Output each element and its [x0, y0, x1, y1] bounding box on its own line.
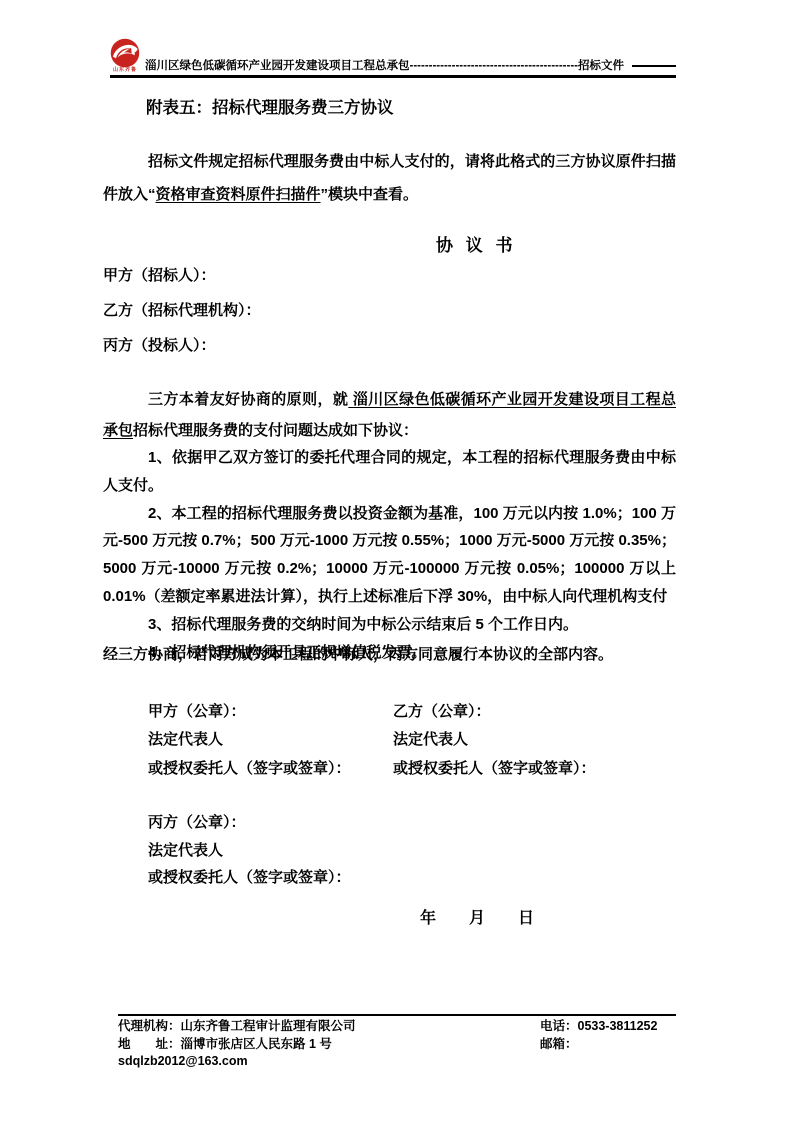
preamble-text-before: 三方本着友好协商的原则，就 — [148, 391, 348, 408]
document-page: 山东齐鲁 淄川区绿色低碳循环产业园开发建设项目工程总承包------------… — [0, 0, 793, 1121]
date-month-label: 月 — [469, 905, 485, 928]
intro-paragraph: 招标文件规定招标代理服务费由中标人支付的，请将此格式的三方协议原件扫描件放入“资… — [103, 146, 676, 211]
footer-mailbox-line: 邮箱： — [540, 1036, 657, 1054]
party-c-seal-line: 丙方（公章）： — [148, 809, 351, 837]
party-a-seal-line: 甲方（公章）： — [148, 698, 393, 726]
party-b-legal-rep-line: 法定代表人 — [393, 726, 596, 754]
header-project-name: 淄川区绿色低碳循环产业园开发建设项目工程总承包 — [145, 59, 410, 73]
clause-1: 1、依据甲乙双方签订的委托代理合同的规定，本工程的招标代理服务费由中标人支付。 — [103, 444, 676, 500]
footer-phone-line: 电话：0533-3811252 — [540, 1018, 657, 1036]
party-a-line: 甲方（招标人）： — [103, 258, 261, 293]
date-line: 年 月 日 — [420, 905, 534, 928]
signature-block-party-c: 丙方（公章）： 法定代表人 或授权委托人（签字或签章）： — [148, 809, 351, 892]
clause-2: 2、本工程的招标代理服务费以投资金额为基准，100 万元以内按 1.0%；100… — [103, 500, 676, 611]
logo-icon — [110, 38, 140, 68]
footer-right-column: 电话：0533-3811252 邮箱： — [540, 1018, 657, 1053]
party-a-legal-rep-line: 法定代表人 — [148, 726, 393, 754]
clauses-section: 1、依据甲乙双方签订的委托代理合同的规定，本工程的招标代理服务费由中标人支付。 … — [103, 444, 676, 666]
intro-text-after: ”模块中查看。 — [321, 186, 419, 203]
signature-block-party-b: 乙方（公章）： 法定代表人 或授权委托人（签字或签章）： — [393, 698, 596, 783]
parties-list: 甲方（招标人）： 乙方（招标代理机构）： 丙方（投标人）： — [103, 258, 261, 363]
date-day-label: 日 — [518, 905, 534, 928]
party-c-legal-rep-line: 法定代表人 — [148, 837, 351, 865]
intro-underlined-module: 资格审查资料原件扫描件 — [156, 186, 321, 203]
party-c-proxy-line: 或授权委托人（签字或签章）： — [148, 864, 351, 892]
party-b-line: 乙方（招标代理机构）： — [103, 293, 261, 328]
header-doc-type: 招标文件 — [578, 59, 624, 73]
footer-email-line: sdqlzb2012@163.com — [118, 1053, 676, 1071]
date-year-label: 年 — [420, 905, 436, 928]
attachment-title: 附表五：招标代理服务费三方协议 — [146, 98, 394, 118]
page-footer: 代理机构：山东齐鲁工程审计监理有限公司 地 址：淄博市张店区人民东路 1 号 s… — [118, 1014, 676, 1071]
header-short-rule — [632, 65, 676, 67]
company-logo: 山东齐鲁 — [110, 38, 140, 73]
party-a-proxy-line: 或授权委托人（签字或签章）： — [148, 755, 393, 783]
header-title-line: 淄川区绿色低碳循环产业园开发建设项目工程总承包-----------------… — [145, 59, 676, 73]
closing-statement: 经三方协商，若丙方成为本工程的中标人，丙方同意履行本协议的全部内容。 — [103, 641, 676, 669]
party-b-proxy-line: 或授权委托人（签字或签章）： — [393, 755, 596, 783]
party-c-line: 丙方（投标人）： — [103, 328, 261, 363]
clause-3: 3、招标代理服务费的交纳时间为中标公示结束后 5 个工作日内。 — [103, 611, 676, 639]
preamble-paragraph: 三方本着友好协商的原则，就 淄川区绿色低碳循环产业园开发建设项目工程总承包招标代… — [103, 384, 676, 446]
logo-caption: 山东齐鲁 — [113, 68, 137, 73]
signature-blocks-ab: 甲方（公章）： 法定代表人 或授权委托人（签字或签章）： 乙方（公章）： 法定代… — [148, 698, 596, 783]
preamble-text-after: 招标代理服务费的支付问题达成如下协议： — [133, 422, 418, 439]
party-b-seal-line: 乙方（公章）： — [393, 698, 596, 726]
page-header: 山东齐鲁 淄川区绿色低碳循环产业园开发建设项目工程总承包------------… — [110, 34, 676, 78]
header-dashes: ----------------------------------------… — [410, 59, 579, 73]
agreement-heading: 协 议 书 — [436, 231, 516, 256]
signature-block-party-a: 甲方（公章）： 法定代表人 或授权委托人（签字或签章）： — [148, 698, 393, 783]
